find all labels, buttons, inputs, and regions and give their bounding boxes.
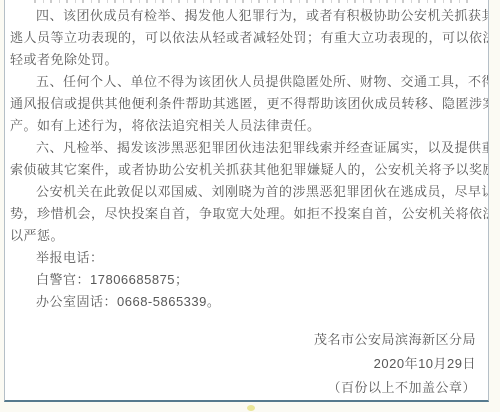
seal-note: （百份以上不加盖公章） [10,376,476,400]
notice-paragraph5-line2: 通风报信或提供其他便利条件帮助其逃匿，更不得帮助该团伙成员转移、隐匿涉案资 [10,93,478,115]
report-hotline-heading: 举报电话： [10,247,478,269]
signature-block: 茂名市公安局滨海新区分局 2020年10月29日 （百份以上不加盖公章） [10,328,478,400]
notice-paragraph5-line1: 五、任何个人、单位不得为该团伙人员提供隐匿处所、财物、交通工具，不得为其 [10,71,478,93]
decorative-yellow-dot [247,405,255,411]
notice-paragraph4-line2: 逃人员等立功表现的，可以依法从轻或者减轻处罚；有重大立功表现的，可以依法减 [10,27,478,49]
notice-urge-line1: 公安机关在此敦促以邓国威、刘刚晓为首的涉黑恶犯罪团伙在逃成员，尽早认清形 [10,181,478,203]
office-landline-phone: 办公室固话：0668-5865339。 [10,291,478,313]
notice-urge-line2: 势，珍惜机会，尽快投案自首，争取宽大处理。如拒不投案自首，公安机关将依法予 [10,203,478,225]
notice-paragraph5-line3: 产。如有上述行为，将依法追究相关人员法律责任。 [10,115,478,137]
officer-bai-phone: 白警官：17806685875； [10,269,478,291]
notice-urge-line3: 以严惩。 [10,225,478,247]
notice-paragraph4-line3: 轻或者免除处罚。 [10,49,478,71]
clipped-text-remnant [34,0,472,3]
notice-paragraph6-line1: 六、凡检举、揭发该涉黑恶犯罪团伙违法犯罪线索并经查证属实，以及提供重要线 [10,137,478,159]
notice-paragraph4-line1: 四、该团伙成员有检举、揭发他人犯罪行为，或者有积极协助公安机关抓获其他在 [10,5,478,27]
police-notice-document: 四、该团伙成员有检举、揭发他人犯罪行为，或者有积极协助公安机关抓获其他在 逃人员… [4,0,489,402]
notice-date: 2020年10月29日 [10,352,476,376]
notice-paragraph6-line2: 索侦破其它案件，或者协助公安机关抓获其他犯罪嫌疑人的，公安机关将予以奖励。 [10,159,478,181]
agency-name: 茂名市公安局滨海新区分局 [10,328,476,352]
